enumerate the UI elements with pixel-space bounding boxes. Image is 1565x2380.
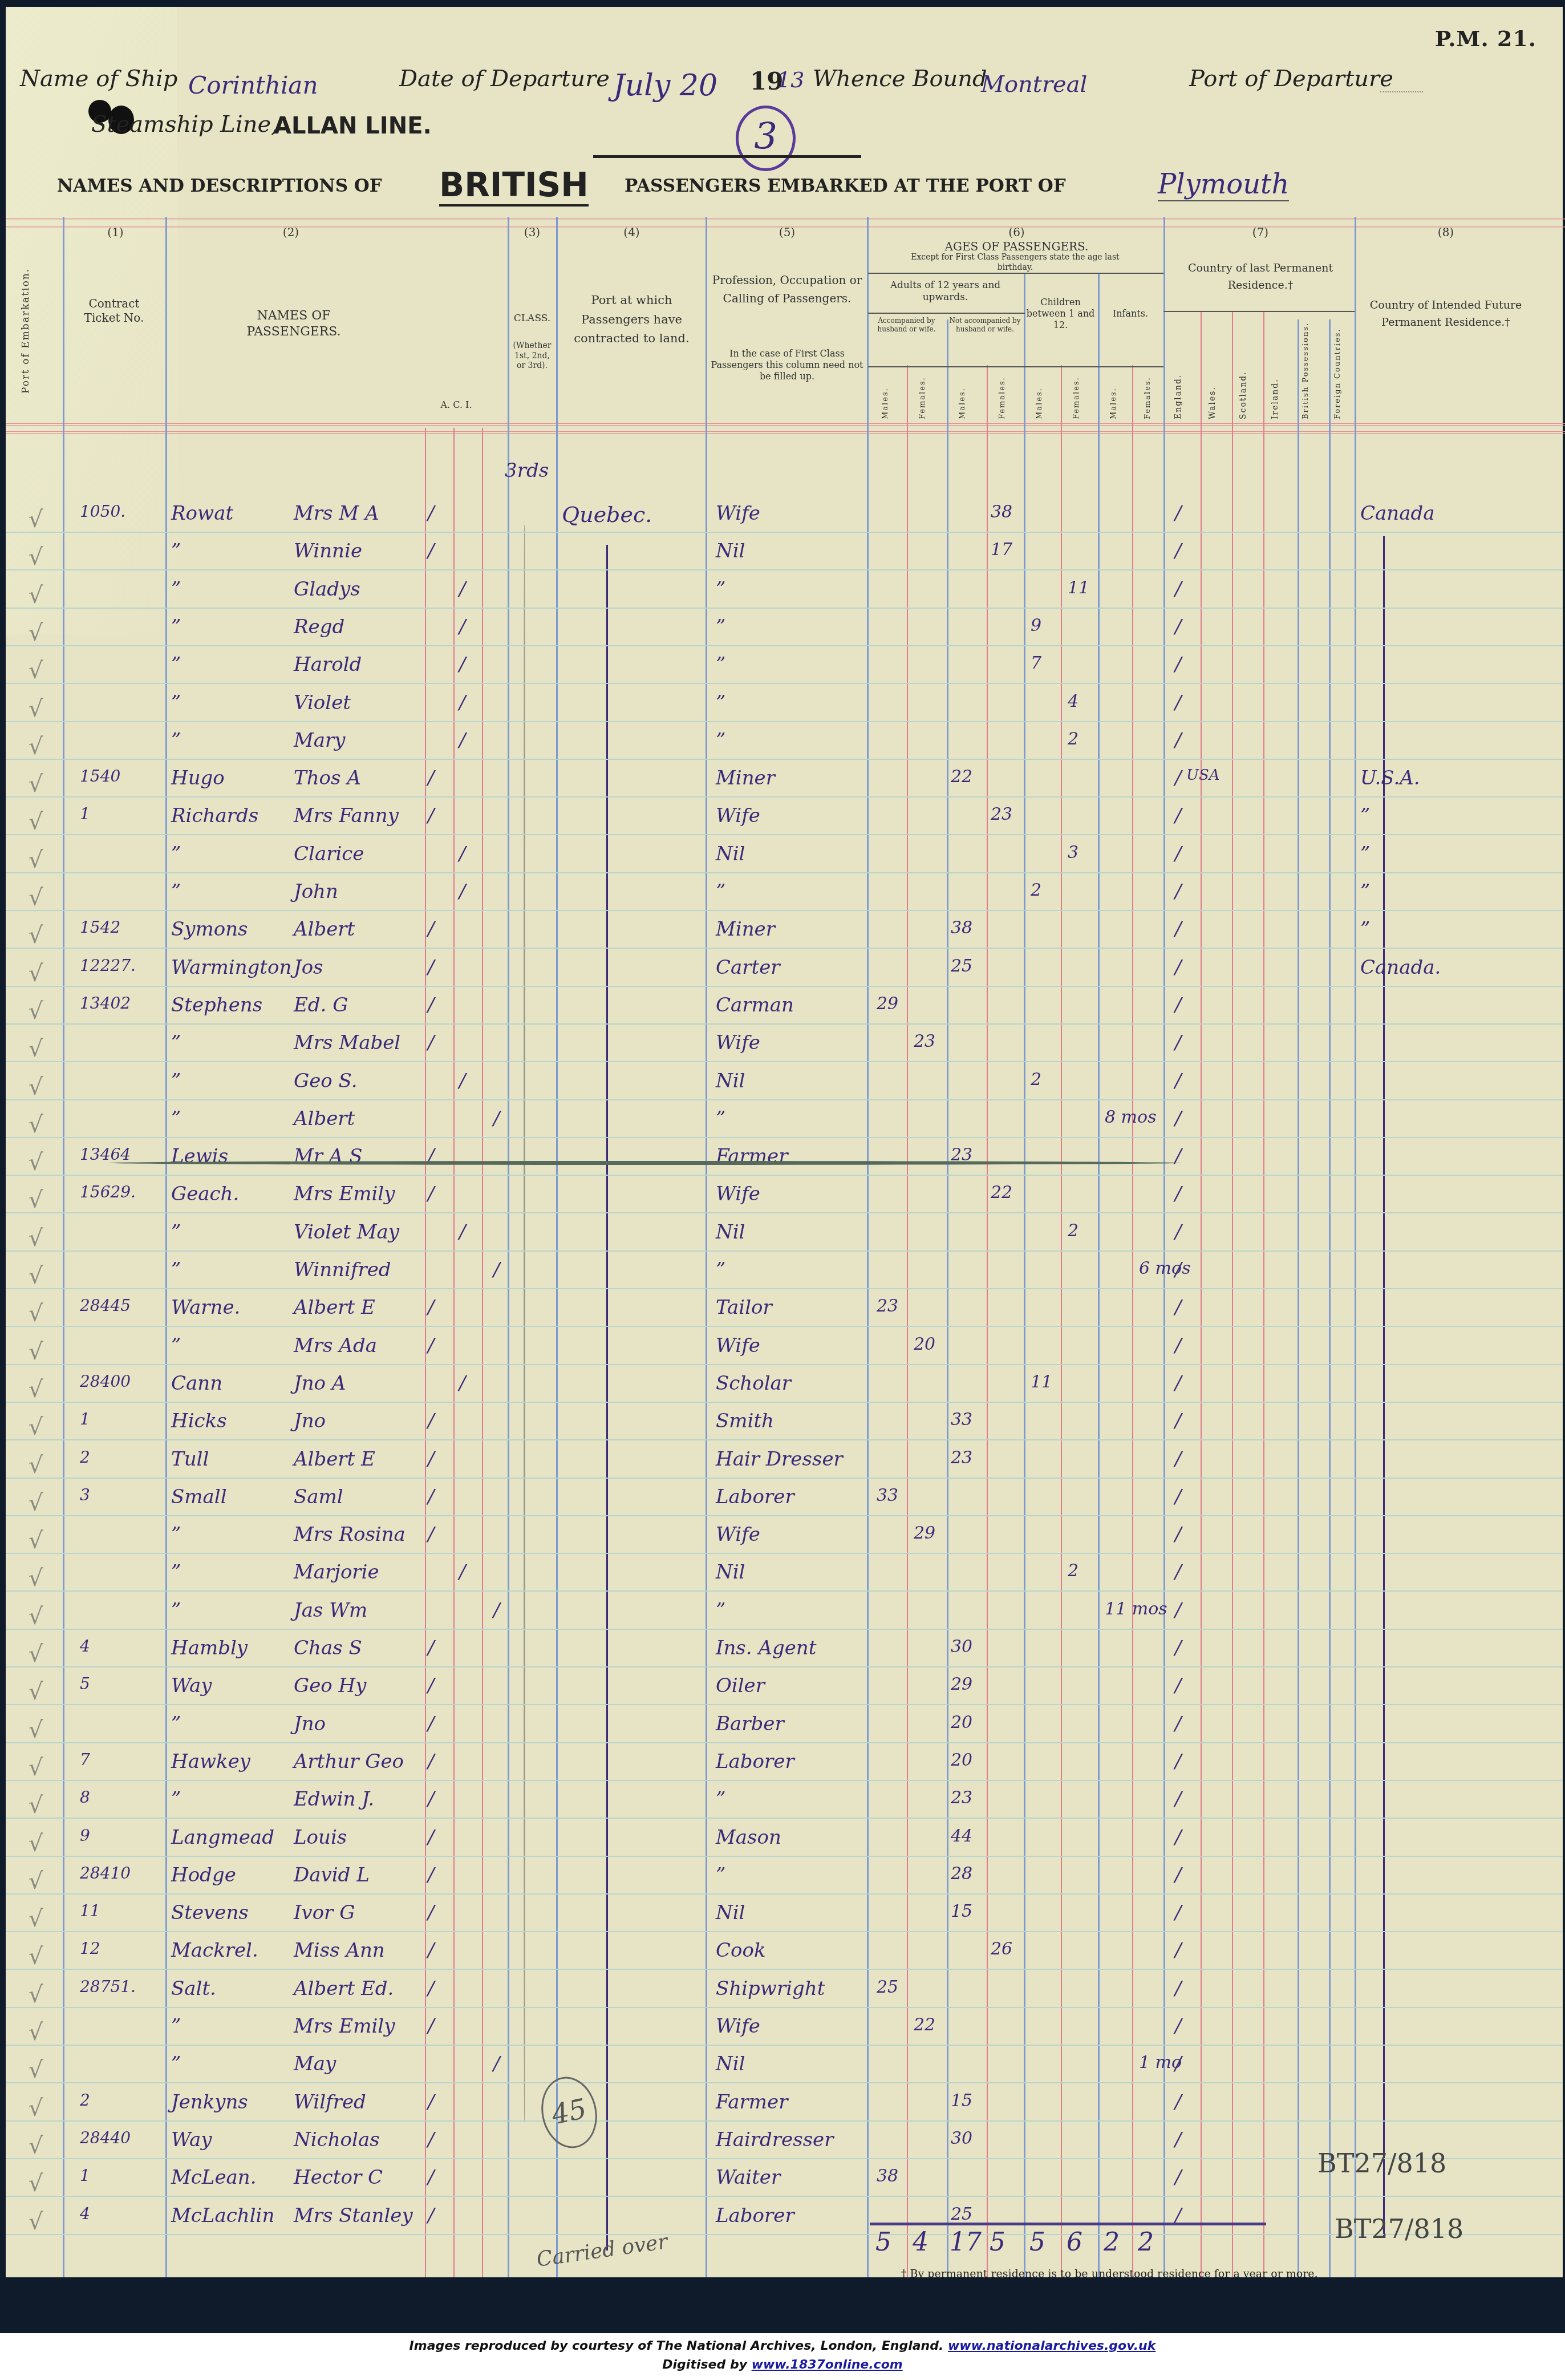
passenger-given-name: Gladys: [294, 578, 360, 601]
row-rule: [6, 569, 1563, 570]
passenger-given-name: Regd: [294, 616, 344, 638]
passenger-surname: ”: [171, 653, 181, 676]
country-foreign: Foreign Countries.: [1333, 319, 1342, 419]
england-tally: /: [1175, 1448, 1181, 1471]
passenger-surname: ”: [171, 616, 181, 638]
age-total: 2: [1104, 2228, 1120, 2257]
col5-header: Profession, Occupation or Calling of Pas…: [710, 271, 864, 307]
check-mark-icon: √: [29, 2133, 43, 2159]
ticket-number: 1050.: [80, 502, 125, 521]
check-mark-icon: √: [29, 544, 43, 570]
check-mark-icon: √: [29, 1339, 43, 1365]
aci-tally: /: [428, 1826, 434, 1849]
ticket-number: 3: [80, 1486, 90, 1504]
credit-line-2: Digitised by: [662, 2358, 747, 2372]
year-suffix: 13: [777, 67, 804, 92]
national-archives-link[interactable]: www.nationalarchives.gov.uk: [948, 2339, 1155, 2353]
col2-header: NAMES OF PASSENGERS.: [228, 308, 359, 339]
col-line: [1298, 319, 1299, 2380]
col4-header: Port at which Passengers have contracted…: [567, 291, 696, 349]
aci-tally: /: [428, 1334, 434, 1357]
line-value: ALLAN LINE.: [274, 113, 432, 139]
credits: Images reproduced by courtesy of The Nat…: [0, 2333, 1565, 2380]
ditto-line-class: [524, 525, 525, 2122]
scan-background: [0, 2277, 1565, 2334]
occupation: Wife: [716, 502, 760, 525]
occupation: Wife: [716, 1334, 760, 1357]
col-line: [1132, 365, 1133, 2380]
passenger-given-name: Saml: [294, 1486, 343, 1508]
england-tally: /: [1175, 1599, 1181, 1622]
col1-number: (1): [66, 225, 165, 240]
ticket-number: 2: [80, 1448, 90, 1467]
age: 4: [1068, 691, 1079, 711]
england-tally: /: [1175, 1221, 1181, 1244]
check-mark-icon: √: [29, 998, 43, 1025]
passenger-given-name: Thos A: [294, 767, 361, 790]
passenger-surname: Small: [171, 1486, 227, 1508]
col1-header: Contract Ticket No.: [80, 297, 148, 325]
passenger-given-name: Ivor G: [294, 1901, 355, 1924]
intended-country: ”: [1360, 918, 1370, 941]
digitised-by-link[interactable]: www.1837online.com: [752, 2358, 903, 2372]
col5-number: (5): [707, 225, 867, 240]
line-label: Steamship Line,: [91, 111, 278, 137]
col-line: [1061, 365, 1062, 2380]
passenger-given-name: Clarice: [294, 843, 364, 865]
residence-note: USA: [1186, 767, 1220, 784]
ticket-number: 1: [80, 804, 90, 823]
check-mark-icon: √: [29, 1149, 43, 1176]
passenger-given-name: Mrs Fanny: [294, 804, 399, 827]
england-tally: /: [1175, 2015, 1181, 2038]
check-mark-icon: √: [29, 922, 43, 949]
passenger-surname: Jenkyns: [171, 2091, 248, 2114]
aci-tally: /: [428, 1410, 434, 1432]
aci-tally: /: [428, 1674, 434, 1697]
age: 23: [914, 1031, 935, 1051]
check-mark-icon: √: [29, 2057, 43, 2083]
passenger-given-name: Louis: [294, 1826, 347, 1849]
col6-number: (6): [870, 225, 1163, 240]
england-tally: /: [1175, 691, 1181, 714]
check-mark-icon: √: [29, 620, 43, 646]
occupation: Oiler: [716, 1674, 765, 1697]
sex-female: Females.: [1072, 377, 1081, 419]
row-rule: [6, 683, 1563, 684]
ditto-line-port: [606, 545, 608, 2251]
check-mark-icon: √: [29, 1452, 43, 1479]
england-tally: /: [1175, 1031, 1181, 1054]
age: 20: [914, 1334, 935, 1354]
aci-tally: /: [459, 578, 465, 601]
england-tally: /: [1175, 1788, 1181, 1811]
england-tally: /: [1175, 1637, 1181, 1659]
passenger-surname: Richards: [171, 804, 258, 827]
col-line: [165, 217, 167, 2380]
header-rule: [593, 155, 861, 158]
england-tally: /: [1175, 843, 1181, 865]
england-tally: /: [1175, 1410, 1181, 1432]
row-rule: [6, 1742, 1563, 1743]
aci-tally: /: [428, 956, 434, 979]
age: 25: [951, 2204, 972, 2224]
passenger-surname: Stevens: [171, 1901, 249, 1924]
occupation: Nil: [716, 843, 745, 865]
row-rule: [6, 948, 1563, 949]
col3-header: CLASS.: [509, 313, 555, 325]
row-rule: [6, 2045, 1563, 2046]
header-divider: [868, 313, 1025, 314]
england-tally: /: [1175, 880, 1181, 903]
occupation: Nil: [716, 1070, 745, 1092]
country-england: England.: [1174, 348, 1183, 419]
passenger-given-name: Violet: [294, 691, 351, 714]
row-rule: [6, 1250, 1563, 1252]
age: 2: [1031, 880, 1041, 900]
england-tally: /: [1175, 2091, 1181, 2114]
check-mark-icon: √: [29, 1036, 43, 1062]
header-divider: [1163, 311, 1355, 312]
age: 30: [951, 2128, 972, 2148]
occupation: Shipwright: [716, 1977, 825, 2000]
occupation: Mason: [716, 1826, 781, 1849]
row-rule: [6, 721, 1563, 722]
passenger-given-name: Marjorie: [294, 1561, 379, 1584]
aci-tally: /: [428, 804, 434, 827]
age: 29: [951, 1674, 972, 1694]
aci-tally: /: [459, 880, 465, 903]
england-tally: /: [1175, 2166, 1181, 2189]
passenger-given-name: Edwin J.: [294, 1788, 374, 1811]
passenger-given-name: Mrs Ada: [294, 1334, 377, 1357]
col3-number: (3): [509, 225, 555, 240]
check-mark-icon: √: [29, 1414, 43, 1440]
row-rule: [6, 1364, 1563, 1365]
age-total: 6: [1067, 2228, 1082, 2257]
aci-tally: /: [428, 1486, 434, 1508]
age: 25: [951, 956, 972, 976]
col-line: [556, 217, 558, 2380]
england-tally: /: [1175, 1939, 1181, 1962]
check-mark-icon: √: [29, 1263, 43, 1289]
passenger-surname: ”: [171, 1599, 181, 1622]
passenger-given-name: Ed. G: [294, 994, 348, 1017]
col7-number: (7): [1166, 225, 1355, 240]
passenger-surname: McLean.: [171, 2166, 257, 2189]
passenger-given-name: Arthur Geo: [294, 1750, 404, 1773]
passenger-given-name: Mrs Emily: [294, 1183, 395, 1205]
england-tally: /: [1175, 804, 1181, 827]
col6-header: AGES OF PASSENGERS.: [870, 240, 1163, 254]
date-value: July 20: [613, 68, 717, 103]
check-mark-icon: √: [29, 2019, 43, 2046]
check-mark-icon: √: [29, 1490, 43, 1516]
row-rule: [6, 2007, 1563, 2008]
aci-tally: /: [428, 1939, 434, 1962]
col2-aci: A. C. I.: [419, 399, 493, 411]
sex-male: Males.: [881, 377, 890, 419]
passenger-surname: Cann: [171, 1372, 222, 1395]
passenger-surname: ”: [171, 1788, 181, 1811]
occupation: Wife: [716, 1523, 760, 1546]
aci-tally: /: [428, 1977, 434, 2000]
passenger-surname: Rowat: [171, 502, 233, 525]
age: 7: [1031, 653, 1041, 673]
occupation: ”: [716, 1258, 725, 1281]
age: 3: [1068, 843, 1079, 863]
sex-male: Males.: [1109, 377, 1118, 419]
occupation: Miner: [716, 918, 775, 941]
england-tally: /: [1175, 653, 1181, 676]
check-mark-icon: √: [29, 1944, 43, 1970]
ditto-line-country: [1383, 536, 1385, 2236]
england-tally: /: [1175, 1183, 1181, 1205]
aci-tally: /: [428, 2091, 434, 2114]
age: 33: [877, 1486, 898, 1505]
occupation: Nil: [716, 540, 745, 562]
title-prefix: NAMES AND DESCRIPTIONS OF: [57, 176, 382, 196]
ticket-number: 11: [80, 1901, 100, 1920]
passenger-surname: ”: [171, 1561, 181, 1584]
ticket-number: 7: [80, 1750, 90, 1769]
age: 20: [951, 1713, 972, 1733]
check-mark-icon: √: [29, 2095, 43, 2122]
check-mark-icon: √: [29, 771, 43, 798]
england-tally: /: [1175, 1296, 1181, 1319]
aci-tally: /: [428, 1788, 434, 1811]
age: 11 mos: [1105, 1599, 1167, 1619]
occupation: Hair Dresser: [716, 1448, 843, 1471]
ticket-number: 4: [80, 2204, 90, 2223]
aci-tally: /: [493, 2053, 500, 2075]
port-embarkation-header: Port of Embarkation.: [20, 245, 31, 394]
aci-tally: /: [428, 1637, 434, 1659]
col2-number: (2): [168, 225, 413, 240]
passenger-surname: ”: [171, 1713, 181, 1735]
col6-not-accompanied: Not accompanied by husband or wife.: [948, 317, 1022, 334]
ticket-number: 28440: [80, 2128, 131, 2147]
passenger-given-name: Albert: [294, 1107, 355, 1130]
row-rule: [6, 759, 1563, 760]
country-british-possessions: British Possessions.: [1302, 319, 1310, 419]
aci-tally: /: [459, 729, 465, 752]
passenger-given-name: Mrs Stanley: [294, 2204, 413, 2227]
check-mark-icon: √: [29, 1717, 43, 1743]
check-mark-icon: √: [29, 1982, 43, 2008]
intended-country: Canada.: [1360, 956, 1441, 979]
occupation: Miner: [716, 767, 775, 790]
ticket-number: 13402: [80, 994, 131, 1013]
col-line: [1329, 319, 1331, 2380]
age: 9: [1031, 616, 1041, 636]
age: 22: [914, 2015, 935, 2035]
ticket-number: 28445: [80, 1296, 131, 1315]
row-rule: [6, 910, 1563, 911]
col7-header: Country of last Permanent Residence.†: [1169, 260, 1352, 294]
credit-line-1: Images reproduced by courtesy of The Nat…: [410, 2339, 944, 2353]
aci-tally: /: [459, 616, 465, 638]
row-rule: [6, 1175, 1563, 1176]
row-rule: [6, 1326, 1563, 1327]
occupation: ”: [716, 1599, 725, 1622]
col-line: [947, 319, 948, 2380]
row-rule: [6, 1212, 1563, 1213]
age-total: 5: [990, 2228, 1006, 2257]
england-tally: /: [1175, 1977, 1181, 2000]
passenger-surname: ”: [171, 540, 181, 562]
occupation: ”: [716, 880, 725, 903]
check-mark-icon: √: [29, 885, 43, 911]
passenger-surname: ”: [171, 1070, 181, 1092]
occupation: Nil: [716, 1901, 745, 1924]
passenger-given-name: Albert Ed.: [294, 1977, 394, 2000]
row-rule: [6, 2120, 1563, 2122]
age: 22: [991, 1183, 1012, 1203]
passenger-given-name: Winnifred: [294, 1258, 391, 1281]
passenger-surname: Lewis: [171, 1145, 228, 1168]
check-mark-icon: √: [29, 696, 43, 722]
occupation: ”: [716, 578, 725, 601]
col6-infants: Infants.: [1099, 308, 1162, 319]
occupation: Carman: [716, 994, 794, 1017]
age: 29: [877, 994, 898, 1014]
passenger-surname: ”: [171, 1523, 181, 1546]
row-rule: [6, 1969, 1563, 1970]
ticket-number: 1542: [80, 918, 120, 937]
col6-sub: Except for First Class Passengers state …: [895, 253, 1135, 273]
england-tally: /: [1175, 767, 1181, 790]
aci-tally: /: [459, 1221, 465, 1244]
row-rule: [6, 1288, 1563, 1289]
col8-number: (8): [1357, 225, 1534, 240]
row-rule: [6, 1931, 1563, 1932]
row-rule: [6, 1666, 1563, 1667]
col-line: [1201, 311, 1202, 2380]
passenger-given-name: Geo S.: [294, 1070, 357, 1092]
england-tally: /: [1175, 918, 1181, 941]
age-total: 5: [1029, 2228, 1045, 2257]
age-total: 2: [1138, 2228, 1154, 2257]
ticket-number: 8: [80, 1788, 90, 1807]
row-rule: [6, 1780, 1563, 1781]
sex-female: Females.: [998, 377, 1007, 419]
col-line: [706, 217, 707, 2380]
aci-tally: /: [428, 1750, 434, 1773]
sex-female: Females.: [918, 377, 927, 419]
check-mark-icon: √: [29, 1868, 43, 1895]
row-rule: [6, 1704, 1563, 1705]
england-tally: /: [1175, 1107, 1181, 1130]
passenger-given-name: Hector C: [294, 2166, 383, 2189]
stamp-circle: 3: [736, 106, 796, 171]
row-rule: [6, 1590, 1563, 1592]
occupation: ”: [716, 729, 725, 752]
passenger-surname: Hawkey: [171, 1750, 250, 1773]
passenger-surname: ”: [171, 691, 181, 714]
age: 33: [951, 1410, 972, 1430]
passenger-given-name: Jno: [294, 1713, 326, 1735]
age: 2: [1068, 729, 1079, 749]
passenger-given-name: Mary: [294, 729, 346, 752]
passenger-surname: Hugo: [171, 767, 225, 790]
ticket-number: 28400: [80, 1372, 131, 1391]
england-tally: /: [1175, 1372, 1181, 1395]
england-tally: /: [1175, 2053, 1181, 2075]
passenger-surname: ”: [171, 578, 181, 601]
age: 8 mos: [1105, 1107, 1157, 1127]
row-rule: [6, 1893, 1563, 1895]
age: 29: [914, 1523, 935, 1543]
header-bottom-rule: [6, 423, 1565, 434]
aci-tally: /: [428, 1523, 434, 1546]
occupation: ”: [716, 1107, 725, 1130]
row-rule: [6, 1439, 1563, 1440]
occupation: Wife: [716, 1031, 760, 1054]
check-mark-icon: √: [29, 1187, 43, 1213]
col-line: [867, 217, 869, 2380]
passenger-given-name: Mrs Rosina: [294, 1523, 406, 1546]
age: 25: [877, 1977, 898, 1997]
col-line: [1232, 311, 1233, 2380]
age: 20: [951, 1750, 972, 1770]
passenger-surname: ”: [171, 1221, 181, 1244]
occupation: Wife: [716, 1183, 760, 1205]
passenger-given-name: Winnie: [294, 540, 362, 562]
passenger-given-name: Albert E: [294, 1296, 375, 1319]
age: 22: [951, 767, 972, 787]
aci-tally: /: [428, 1713, 434, 1735]
passenger-surname: ”: [171, 843, 181, 865]
sex-female: Females.: [1144, 377, 1152, 419]
row-rule: [6, 532, 1563, 533]
age: 38: [877, 2166, 898, 2186]
check-mark-icon: √: [29, 1604, 43, 1630]
occupation: Cook: [716, 1939, 766, 1962]
intended-country: ”: [1360, 880, 1370, 903]
row-rule: [6, 1629, 1563, 1630]
title-british: BRITISH: [439, 165, 589, 207]
port-departure-field: [1380, 91, 1423, 92]
age: 30: [951, 1637, 972, 1657]
ship-value: Corinthian: [188, 71, 318, 99]
row-rule: [6, 1099, 1563, 1100]
row-rule: [6, 1856, 1563, 1857]
check-mark-icon: √: [29, 1755, 43, 1781]
occupation: ”: [716, 1864, 725, 1887]
passenger-surname: McLachlin: [171, 2204, 274, 2227]
row-rule: [6, 1553, 1563, 1554]
aci-tally: /: [428, 767, 434, 790]
ticket-number: 1540: [80, 767, 120, 786]
header-divider: [868, 366, 1163, 367]
age: 23: [951, 1448, 972, 1468]
row-rule: [6, 986, 1563, 987]
sex-male: Males.: [1035, 377, 1044, 419]
aci-tally: /: [459, 1561, 465, 1584]
england-tally: /: [1175, 1826, 1181, 1849]
occupation: Barber: [716, 1713, 784, 1735]
aci-tally: /: [459, 691, 465, 714]
passenger-surname: Hodge: [171, 1864, 236, 1887]
aci-tally: /: [428, 994, 434, 1017]
passenger-surname: Geach.: [171, 1183, 239, 1205]
age: 15: [951, 1901, 972, 1921]
whence-value: Montreal: [981, 71, 1087, 98]
occupation: Nil: [716, 1221, 745, 1244]
passenger-surname: Warne.: [171, 1296, 240, 1319]
col-line: [508, 217, 509, 2380]
